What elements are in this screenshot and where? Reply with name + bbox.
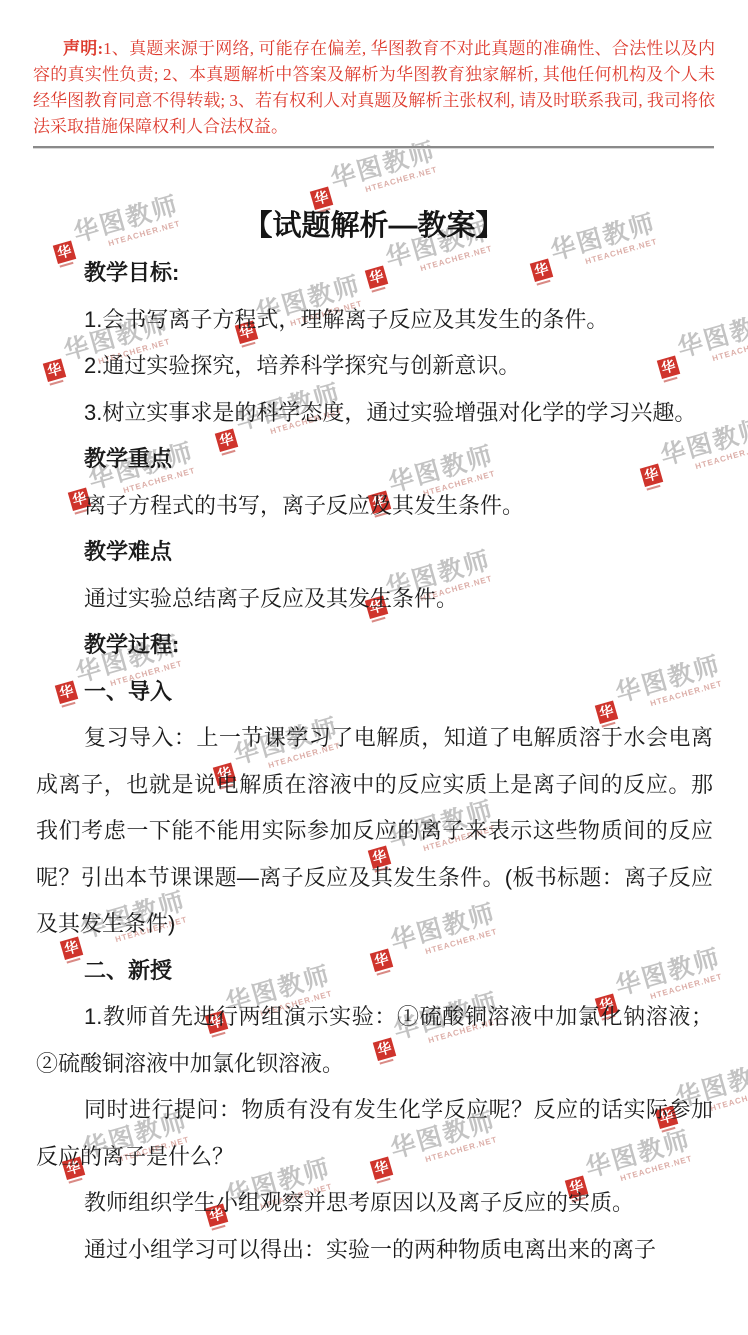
divider-line xyxy=(33,146,714,149)
paragraph: 3.树立实事求是的科学态度，通过实验增强对化学的学习兴趣。 xyxy=(36,390,713,437)
section-heading: 教学难点 xyxy=(36,529,713,576)
paragraph: 离子方程式的书写，离子反应及其发生条件。 xyxy=(36,483,713,530)
paragraph: 教师组织学生小组观察并思考原因以及离子反应的实质。 xyxy=(36,1180,713,1227)
paragraph: 通过小组学习可以得出：实验一的两种物质电离出来的离子 xyxy=(36,1227,713,1274)
section-heading: 一、导入 xyxy=(36,669,713,716)
document-page: 华华图教师HTEACHER.NET华华图教师HTEACHER.NET华华图教师H… xyxy=(0,0,748,1335)
paragraph: 复习导入：上一节课学习了电解质，知道了电解质溶于水会电离成离子，也就是说电解质在… xyxy=(36,715,713,948)
section-heading: 教学过程: xyxy=(36,622,713,669)
section-heading: 教学目标: xyxy=(36,250,713,297)
page-title: 【试题解析—教案】 xyxy=(0,208,748,244)
document-content: 声明:1、真题来源于网络, 可能存在偏差, 华图教育不对此真题的准确性、合法性以… xyxy=(0,0,748,1335)
disclaimer-text: 1、真题来源于网络, 可能存在偏差, 华图教育不对此真题的准确性、合法性以及内容… xyxy=(33,39,715,136)
paragraph: 同时进行提问：物质有没有发生化学反应呢？反应的话实际参加反应的离子是什么？ xyxy=(36,1087,713,1180)
disclaimer: 声明:1、真题来源于网络, 可能存在偏差, 华图教育不对此真题的准确性、合法性以… xyxy=(33,36,715,140)
paragraph: 1.会书写离子方程式，理解离子反应及其发生的条件。 xyxy=(36,297,713,344)
disclaimer-label: 声明: xyxy=(63,39,103,58)
paragraph: 2.通过实验探究，培养科学探究与创新意识。 xyxy=(36,343,713,390)
lesson-plan-body: 教学目标:1.会书写离子方程式，理解离子反应及其发生的条件。2.通过实验探究，培… xyxy=(36,250,713,1273)
section-heading: 二、新授 xyxy=(36,948,713,995)
paragraph: 1.教师首先进行两组演示实验：①硫酸铜溶液中加氯化钠溶液；②硫酸铜溶液中加氯化钡… xyxy=(36,994,713,1087)
paragraph: 通过实验总结离子反应及其发生条件。 xyxy=(36,576,713,623)
section-heading: 教学重点 xyxy=(36,436,713,483)
